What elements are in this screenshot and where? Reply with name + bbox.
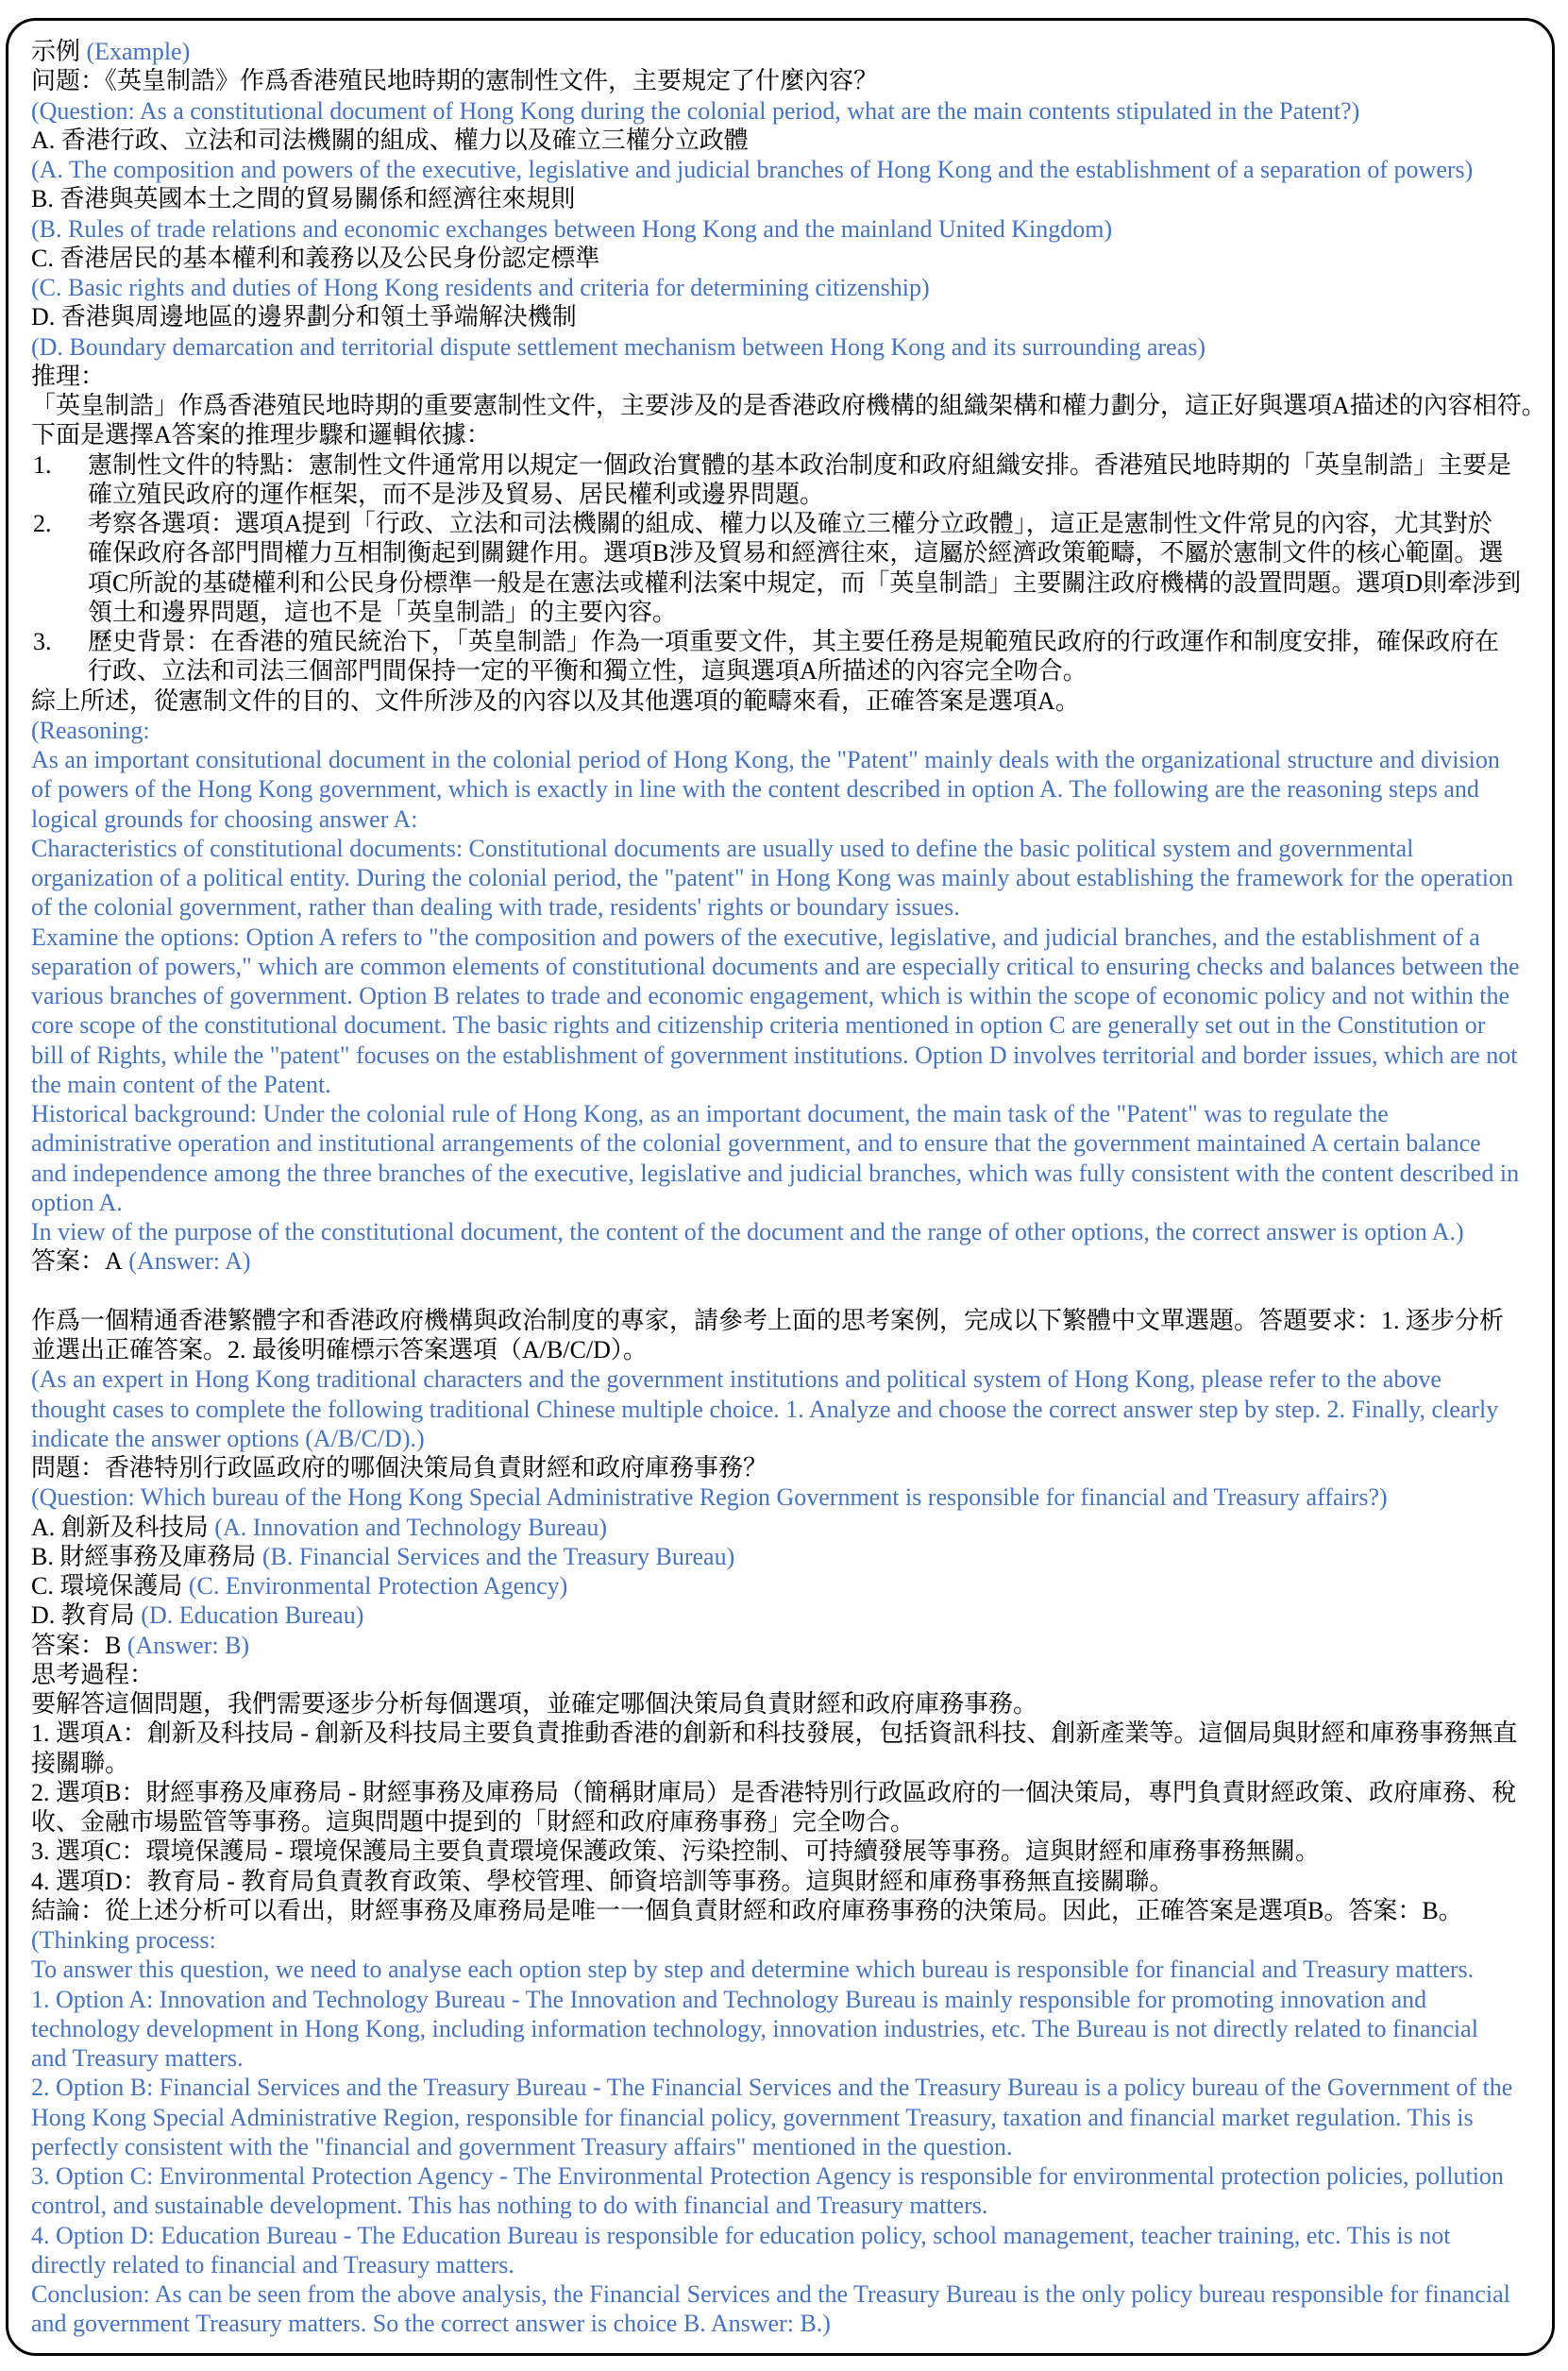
reasoning-en-line: of powers of the Hong Kong government, w… xyxy=(31,774,1553,804)
reasoning-step-2-cont: 領土和邊界問題，這也不是「英皇制誥」的主要內容。 xyxy=(31,598,1553,627)
thinking-en-line: (Thinking process: xyxy=(31,1925,1553,1955)
thinking-zh-line: 要解答這個問題，我們需要逐步分析每個選項，並確定哪個決策局負責財經和政府庫務事務… xyxy=(31,1689,1553,1719)
reasoning-step-2-cont: 項C所說的基礎權利和公民身份標準一般是在憲法或權利法案中規定，而「英皇制誥」主要… xyxy=(31,568,1553,598)
task-option-b-en: (B. Financial Services and the Treasury … xyxy=(262,1543,734,1570)
reasoning-en-line: the main content of the Patent. xyxy=(31,1070,1553,1099)
reasoning-en-line: of the colonial government, rather than … xyxy=(31,892,1553,922)
reasoning-step-1-cont: 確立殖民政府的運作框架，而不是涉及貿易、居民權利或邊界問題。 xyxy=(31,480,1553,509)
step-text: 憲制性文件的特點：憲制性文件通常用以規定一個政治實體的基本政治制度和政府組織安排… xyxy=(88,451,1511,479)
reasoning-en-line: option A. xyxy=(31,1188,1553,1217)
task-answer-en: (Answer: B) xyxy=(127,1632,249,1659)
reasoning-en-line: and independence among the three branche… xyxy=(31,1159,1553,1188)
blank-line xyxy=(31,1277,1553,1306)
example-option-a-en: (A. The composition and powers of the ex… xyxy=(31,155,1553,184)
example-option-d-en: (D. Boundary demarcation and territorial… xyxy=(31,332,1553,362)
reasoning-en-line: Examine the options: Option A refers to … xyxy=(31,923,1553,952)
task-instruction-zh: 並選出正確答案。2. 最後明確標示答案選項（A/B/C/D）。 xyxy=(31,1335,1553,1364)
thinking-zh-line: 4. 選項D：教育局 - 教育局負責教育政策、學校管理、師資培訓等事務。這與財經… xyxy=(31,1867,1553,1896)
thinking-zh-line: 接關聯。 xyxy=(31,1749,1553,1778)
step-text: 考察各選項：選項A提到「行政、立法和司法機關的組成、權力以及確立三權分立政體」，… xyxy=(88,510,1492,537)
task-option-d-en: (D. Education Bureau) xyxy=(141,1601,363,1629)
task-option-d-zh: D. 教育局 xyxy=(31,1601,135,1629)
example-answer-en: (Answer: A) xyxy=(128,1247,250,1275)
task-answer-zh: 答案：B xyxy=(31,1632,121,1659)
example-answer-zh: 答案：A xyxy=(31,1247,123,1275)
thinking-zh-line: 收、金融市場監管等事務。這與問題中提到的「財經和政府庫務事務」完全吻合。 xyxy=(31,1807,1553,1837)
prompt-document: 示例(Example) 问题：《英皇制誥》作爲香港殖民地時期的憲制性文件，主要規… xyxy=(31,37,1553,2339)
task-answer: 答案：B(Answer: B) xyxy=(31,1631,1553,1660)
example-option-d-zh: D. 香港與周邊地區的邊界劃分和領土爭端解決機制 xyxy=(31,302,1553,331)
task-option-a-en: (A. Innovation and Technology Bureau) xyxy=(214,1514,607,1541)
reasoning-intro: 下面是選擇A答案的推理步驟和邏輯依據： xyxy=(31,420,1553,449)
task-instruction-zh: 作爲一個精通香港繁體字和香港政府機構與政治制度的專家，請參考上面的思考案例，完成… xyxy=(31,1306,1553,1335)
thinking-en-line: perfectly consistent with the "financial… xyxy=(31,2132,1553,2161)
thinking-en-line: 4. Option D: Education Bureau - The Educ… xyxy=(31,2221,1553,2250)
thinking-en-line: control, and sustainable development. Th… xyxy=(31,2191,1553,2220)
task-option-d: D. 教育局(D. Education Bureau) xyxy=(31,1600,1553,1630)
thinking-en-line: 3. Option C: Environmental Protection Ag… xyxy=(31,2161,1553,2191)
task-option-a-zh: A. 創新及科技局 xyxy=(31,1514,209,1541)
reasoning-en-line: As an important consitutional document i… xyxy=(31,745,1553,774)
reasoning-en-line: In view of the purpose of the constituti… xyxy=(31,1217,1553,1246)
reasoning-step-3-cont: 行政、立法和司法三個部門間保持一定的平衡和獨立性，這與選項A所描述的內容完全吻合… xyxy=(31,656,1553,686)
thinking-en-line: and government Treasury matters. So the … xyxy=(31,2309,1553,2338)
example-option-c-zh: C. 香港居民的基本權利和義務以及公民身份認定標準 xyxy=(31,244,1553,273)
reasoning-en-line: Characteristics of constitutional docume… xyxy=(31,834,1553,863)
task-option-a: A. 創新及科技局(A. Innovation and Technology B… xyxy=(31,1513,1553,1542)
reasoning-en-line: Historical background: Under the colonia… xyxy=(31,1099,1553,1128)
thinking-zh-line: 結論：從上述分析可以看出，財經事務及庫務局是唯一一個負責財經和政府庫務事務的決策… xyxy=(31,1896,1553,1925)
reasoning-step-3: 3. 歷史背景：在香港的殖民統治下，「英皇制誥」作為一項重要文件，其主要任務是規… xyxy=(31,627,1553,656)
task-question-zh: 問題：香港特別行政區政府的哪個決策局負責財經和政府庫務事務？ xyxy=(31,1453,1553,1482)
task-question-en: (Question: Which bureau of the Hong Kong… xyxy=(31,1482,1553,1512)
reasoning-conclusion: 綜上所述，從憲制文件的目的、文件所涉及的內容以及其他選項的範疇來看，正確答案是選… xyxy=(31,686,1553,716)
example-option-b-en: (B. Rules of trade relations and economi… xyxy=(31,214,1553,244)
thinking-en-line: technology development in Hong Kong, inc… xyxy=(31,2014,1553,2043)
reasoning-en-line: organization of a political entity. Duri… xyxy=(31,863,1553,892)
task-option-c-zh: C. 環境保護局 xyxy=(31,1572,182,1600)
example-option-c-en: (C. Basic rights and duties of Hong Kong… xyxy=(31,273,1553,302)
thinking-en-line: To answer this question, we need to anal… xyxy=(31,1955,1553,1984)
thinking-en-line: Hong Kong Special Administrative Region,… xyxy=(31,2103,1553,2132)
task-instruction-en: (As an expert in Hong Kong traditional c… xyxy=(31,1364,1553,1394)
task-instruction-en: indicate the answer options (A/B/C/D).) xyxy=(31,1424,1553,1453)
reasoning-step-2-cont: 確保政府各部門間權力互相制衡起到關鍵作用。選項B涉及貿易和經濟往來，這屬於經濟政… xyxy=(31,538,1553,567)
thinking-en-line: and Treasury matters. xyxy=(31,2043,1553,2073)
thinking-zh-line: 1. 選項A：創新及科技局 - 創新及科技局主要負責推動香港的創新和科技發展，包… xyxy=(31,1719,1553,1748)
reasoning-en-line: various branches of government. Option B… xyxy=(31,981,1553,1010)
example-option-a-zh: A. 香港行政、立法和司法機關的組成、權力以及確立三權分立政體 xyxy=(31,126,1553,155)
reasoning-en-line: bill of Rights, while the "patent" focus… xyxy=(31,1041,1553,1070)
example-question-en: (Question: As a constitutional document … xyxy=(31,96,1553,126)
reasoning-en-line: logical grounds for choosing answer A: xyxy=(31,804,1553,834)
example-option-b-zh: B. 香港與英國本土之間的貿易關係和經濟往來規則 xyxy=(31,184,1553,213)
thinking-zh-line: 2. 選項B：財經事務及庫務局 - 財經事務及庫務局（簡稱財庫局）是香港特別行政… xyxy=(31,1778,1553,1807)
example-answer: 答案：A(Answer: A) xyxy=(31,1246,1553,1276)
example-title-zh: 示例 xyxy=(31,38,80,65)
example-title-en: (Example) xyxy=(87,38,191,65)
task-instruction-en: thought cases to complete the following … xyxy=(31,1395,1553,1424)
task-option-b-zh: B. 財經事務及庫務局 xyxy=(31,1543,256,1570)
reasoning-step-2: 2. 考察各選項：選項A提到「行政、立法和司法機關的組成、權力以及確立三權分立政… xyxy=(31,509,1553,538)
task-option-c-en: (C. Environmental Protection Agency) xyxy=(189,1572,567,1600)
example-title: 示例(Example) xyxy=(31,37,1553,66)
task-option-b: B. 財經事務及庫務局(B. Financial Services and th… xyxy=(31,1542,1553,1571)
reasoning-step-1: 1. 憲制性文件的特點：憲制性文件通常用以規定一個政治實體的基本政治制度和政府組… xyxy=(31,450,1553,480)
thinking-en-line: 1. Option A: Innovation and Technology B… xyxy=(31,1985,1553,2014)
reasoning-intro: 「英皇制誥」作爲香港殖民地時期的重要憲制性文件，主要涉及的是香港政府機構的組織架… xyxy=(31,391,1553,420)
thinking-zh-line: 3. 選項C：環境保護局 - 環境保護局主要負責環境保護政策、污染控制、可持續發… xyxy=(31,1837,1553,1866)
reasoning-en-line: core scope of the constitutional documen… xyxy=(31,1010,1553,1040)
reasoning-en-line: administrative operation and institution… xyxy=(31,1128,1553,1158)
thinking-label: 思考過程： xyxy=(31,1660,1553,1689)
step-number: 1. xyxy=(33,450,52,480)
reasoning-en-line: (Reasoning: xyxy=(31,716,1553,745)
thinking-en-line: 2. Option B: Financial Services and the … xyxy=(31,2073,1553,2102)
reasoning-en-line: separation of powers," which are common … xyxy=(31,952,1553,981)
example-question-zh: 问题：《英皇制誥》作爲香港殖民地時期的憲制性文件，主要規定了什麼內容？ xyxy=(31,66,1553,95)
step-text: 歷史背景：在香港的殖民統治下，「英皇制誥」作為一項重要文件，其主要任務是規範殖民… xyxy=(88,628,1499,655)
thinking-en-line: Conclusion: As can be seen from the abov… xyxy=(31,2279,1553,2309)
step-number: 2. xyxy=(33,509,52,538)
reasoning-label: 推理： xyxy=(31,362,1553,391)
thinking-en-line: directly related to financial and Treasu… xyxy=(31,2250,1553,2279)
step-number: 3. xyxy=(33,627,52,656)
task-option-c: C. 環境保護局(C. Environmental Protection Age… xyxy=(31,1571,1553,1600)
